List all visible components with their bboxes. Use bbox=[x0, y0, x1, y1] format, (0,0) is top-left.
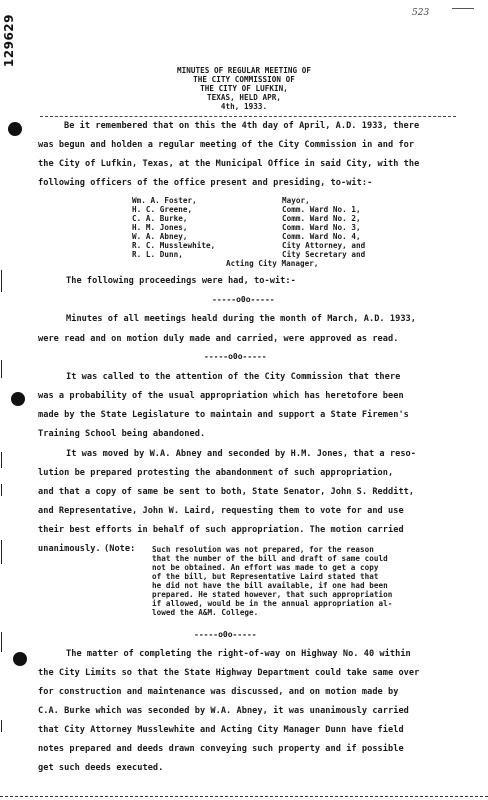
punch-hole-icon bbox=[11, 392, 25, 406]
officer-name: Wm. A. Foster, bbox=[132, 196, 197, 205]
margin-mark bbox=[1, 452, 2, 468]
officer-name: H. C. Greene, bbox=[132, 205, 192, 214]
punch-hole-icon bbox=[13, 652, 27, 666]
text-line: was a probability of the usual appropria… bbox=[38, 391, 404, 401]
section-separator: -----o0o----- bbox=[212, 295, 275, 304]
text-line: their best efforts in behalf of such app… bbox=[38, 525, 404, 535]
text-line: and that a copy of same be sent to both,… bbox=[38, 487, 414, 497]
officer-title: City Secretary and bbox=[282, 250, 365, 259]
text-line: lution be prepared protesting the abando… bbox=[38, 468, 393, 478]
text-line: Training School being abandoned. bbox=[38, 429, 205, 439]
note-line: that the number of the bill and draft of… bbox=[152, 554, 388, 563]
text-line: that City Attorney Musslewhite and Actin… bbox=[38, 725, 404, 735]
note-line: prepared. He stated however, that such a… bbox=[152, 590, 392, 599]
proceedings-intro: The following proceedings were had, to-w… bbox=[66, 276, 296, 286]
note-label: (Note: bbox=[104, 544, 135, 554]
officer-name: R. L. Dunn, bbox=[132, 250, 183, 259]
note-line: he did not have the bill available, if o… bbox=[152, 581, 388, 590]
header-line: 4th, 1933. bbox=[94, 102, 394, 111]
text-line: made by the State Legislature to maintai… bbox=[38, 410, 409, 420]
text-line: unanimously. bbox=[38, 544, 101, 554]
margin-mark bbox=[1, 270, 2, 292]
text-line: get such deeds executed. bbox=[38, 763, 163, 773]
note-line: of the bill, but Representative Laird st… bbox=[152, 572, 378, 581]
officer-name: H. M. Jones, bbox=[132, 223, 187, 232]
note-line: Such resolution was not prepared, for th… bbox=[152, 545, 374, 554]
punch-hole-icon bbox=[8, 122, 22, 136]
text-line: was begun and holden a regular meeting o… bbox=[38, 140, 414, 150]
note-line: not be obtained. An effort was made to g… bbox=[152, 563, 378, 572]
text-line: and Representative, John W. Laird, reque… bbox=[38, 506, 404, 516]
officer-title: Mayor, bbox=[282, 196, 310, 205]
text-line: Be it remembered that on this the 4th da… bbox=[64, 121, 419, 131]
section-separator: -----o0o----- bbox=[194, 630, 257, 639]
header-line: TEXAS, HELD APR, bbox=[94, 93, 394, 102]
text-line: Minutes of all meetings heald during the… bbox=[66, 314, 416, 324]
margin-mark bbox=[1, 360, 2, 378]
officer-title: Comm. Ward No. 2, bbox=[282, 214, 361, 223]
text-line: notes prepared and deeds drawn conveying… bbox=[38, 744, 404, 754]
officer-title: Comm. Ward No. 3, bbox=[282, 223, 361, 232]
header-divider bbox=[40, 116, 456, 117]
page-number: 523 bbox=[412, 8, 429, 18]
officer-title: Comm. Ward No. 1, bbox=[282, 205, 361, 214]
margin-mark bbox=[1, 540, 2, 564]
bottom-edge-rule bbox=[0, 796, 488, 797]
note-line: lowed the A&M. College. bbox=[152, 608, 258, 617]
text-line: following officers of the office present… bbox=[38, 178, 372, 188]
officer-name: R. C. Musslewhite, bbox=[132, 241, 215, 250]
margin-mark bbox=[1, 484, 2, 496]
officer-title: City Attorney, and bbox=[282, 241, 365, 250]
header-line: THE CITY COMMISSION OF bbox=[94, 75, 394, 84]
header-line: THE CITY OF LUFKIN, bbox=[94, 84, 394, 93]
officer-title: Comm. Ward No. 4, bbox=[282, 232, 361, 241]
text-line: It was moved by W.A. Abney and seconded … bbox=[66, 449, 416, 459]
margin-mark bbox=[1, 632, 2, 652]
margin-mark bbox=[1, 720, 2, 732]
margin-stamp-number: 129629 bbox=[2, 14, 16, 67]
section-separator: -----o0o----- bbox=[204, 352, 267, 361]
officer-name: C. A. Burke, bbox=[132, 214, 187, 223]
text-line: C.A. Burke which was seconded by W.A. Ab… bbox=[38, 706, 409, 716]
text-line: for construction and maintenance was dis… bbox=[38, 687, 398, 697]
text-line: The matter of completing the right-of-wa… bbox=[66, 649, 411, 659]
officer-name: W. A. Abney, bbox=[132, 232, 187, 241]
note-line: if allowed, would be in the annual appro… bbox=[152, 599, 392, 608]
text-line: It was called to the attention of the Ci… bbox=[66, 372, 400, 382]
officer-title: Acting City Manager, bbox=[226, 259, 318, 268]
document-page: 129629 523 MINUTES OF REGULAR MEETING OF… bbox=[0, 0, 488, 800]
text-line: the City Limits so that the State Highwa… bbox=[38, 668, 419, 678]
text-line: the City of Lufkin, Texas, at the Munici… bbox=[38, 159, 419, 169]
text-line: were read and on motion duly made and ca… bbox=[38, 334, 398, 344]
header-line: MINUTES OF REGULAR MEETING OF bbox=[94, 66, 394, 75]
page-number-dash bbox=[452, 8, 474, 9]
